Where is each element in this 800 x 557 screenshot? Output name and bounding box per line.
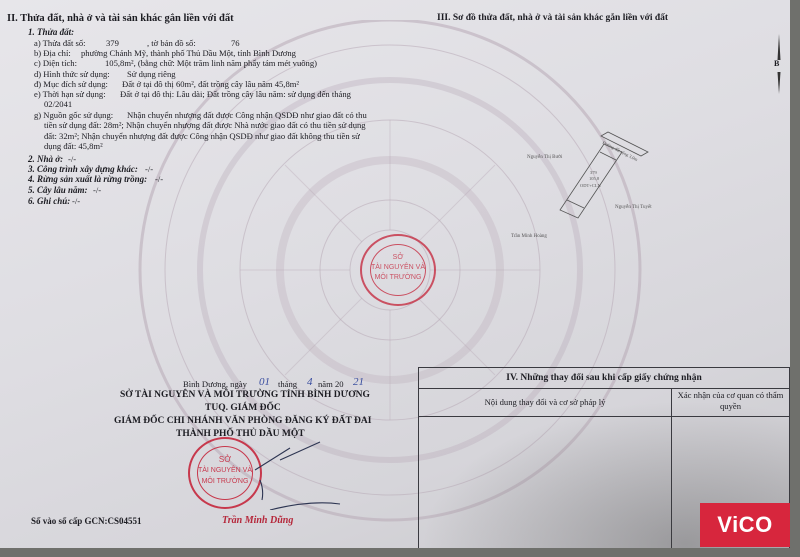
date-day: 01 [259, 376, 270, 388]
address-value: phường Chánh Mỹ, thành phố Thủ Dầu Một, … [81, 48, 296, 58]
vico-logo: ViCO [700, 503, 790, 547]
section-4-title: IV. Những thay đổi sau khi cấp giấy chứn… [419, 368, 789, 389]
signer-name: Trần Minh Dũng [222, 515, 293, 526]
org-line4: THÀNH PHỐ THỦ DẦU MỘT [176, 429, 305, 439]
house-value: -/- [68, 154, 76, 164]
diagram-parcel-number: 379 [590, 170, 597, 175]
origin-line1: Nhận chuyển nhượng đất được Công nhận QS… [127, 110, 367, 120]
neighbor-north: Nguyễn Thị Bưởi [527, 155, 562, 160]
term-value-line2: 02/2041 [44, 99, 72, 109]
perennial-label: 5. Cây lâu năm: [28, 185, 88, 195]
map-sheet-number: 76 [231, 38, 240, 48]
center-stamp-line3: MÔI TRƯỜNG [362, 274, 434, 281]
certificate-page: II. Thửa đất, nhà ở và tài sản khác gắn … [0, 0, 790, 548]
origin-label: g) Nguồn gốc sử dụng: [34, 110, 113, 120]
notes-value: -/- [72, 196, 80, 206]
other-works-label: 3. Công trình xây dựng khác: [28, 164, 138, 174]
date-month: 4 [307, 376, 313, 388]
signature-scribble-icon [250, 440, 380, 510]
area-value: 105,8m², (bằng chữ: Một trăm linh năm ph… [105, 58, 317, 68]
section-3-title: III. Sơ đồ thửa đất, nhà ở và tài sản kh… [437, 13, 668, 23]
org-line2: TUQ. GIÁM ĐỐC [205, 403, 281, 413]
origin-line2: tiền sử dụng đất: 28m²; Nhận chuyển nhượ… [44, 120, 366, 130]
date-prefix: Bình Dương, ngày [183, 379, 247, 389]
vico-logo-text: ViCO [717, 512, 772, 538]
column-header-authority: Xác nhận của cơ quan có thẩm quyền [672, 390, 789, 412]
address-label: b) Địa chỉ: [34, 48, 71, 58]
month-label: tháng [278, 379, 297, 389]
year-label: năm 20 [318, 379, 344, 389]
section-2-title: II. Thửa đất, nhà ở và tài sản khác gắn … [7, 13, 234, 24]
neighbor-south: Trần Minh Hoàng [511, 234, 547, 239]
land-heading: 1. Thửa đất: [28, 27, 74, 37]
forest-label: 4. Rừng sản xuất là rừng trồng: [28, 174, 147, 184]
notes-label: 6. Ghi chú: [28, 196, 70, 206]
use-form-value: Sử dụng riêng [127, 69, 176, 79]
area-label: c) Diện tích: [34, 58, 77, 68]
parcel-diagram [500, 130, 680, 250]
map-sheet-label: , tờ bản đồ số: [147, 38, 196, 48]
purpose-label: đ) Mục đích sử dụng: [34, 79, 108, 89]
north-label: B [774, 59, 779, 68]
column-header-change-content: Nội dung thay đổi và cơ sở pháp lý [419, 388, 671, 416]
perennial-value: -/- [93, 185, 101, 195]
other-works-value: -/- [145, 164, 153, 174]
center-stamp-line1: SỞ [362, 254, 434, 261]
term-value-line1: Đất ở tại đô thị: Lâu dài; Đất trồng cây… [120, 89, 351, 99]
diagram-use-code: ODT+CLN [580, 183, 601, 188]
forest-value: -/- [155, 174, 163, 184]
diagram-area: 105,8 [589, 176, 599, 181]
use-form-label: d) Hình thức sử dụng: [34, 69, 110, 79]
register-number: Số vào sổ cấp GCN:CS04551 [31, 516, 142, 526]
term-label: e) Thời hạn sử dụng: [34, 89, 106, 99]
center-stamp-line2: TÀI NGUYÊN VÀ [362, 264, 434, 271]
purpose-value: Đất ở tại đô thị 60m², đất trồng cây lâu… [122, 79, 299, 89]
parcel-number: 379 [106, 38, 119, 48]
origin-line4: dụng đất: 45,8m² [44, 141, 103, 151]
house-label: 2. Nhà ở: [28, 154, 63, 164]
parcel-label: a) Thửa đất số: [34, 38, 86, 48]
org-line3: GIÁM ĐỐC CHI NHÁNH VĂN PHÒNG ĐĂNG KÝ ĐẤT… [114, 416, 371, 426]
date-year-suffix: 21 [353, 376, 364, 388]
center-stamp-icon: SỞ TÀI NGUYÊN VÀ MÔI TRƯỜNG [360, 234, 436, 306]
neighbor-east: Nguyễn Thị Tuyết [615, 205, 652, 210]
origin-line3: đất: 32m²; Nhận chuyển nhượng đất được C… [44, 131, 360, 141]
org-line1: SỞ TÀI NGUYÊN VÀ MÔI TRƯỜNG TỈNH BÌNH DƯ… [120, 390, 370, 400]
